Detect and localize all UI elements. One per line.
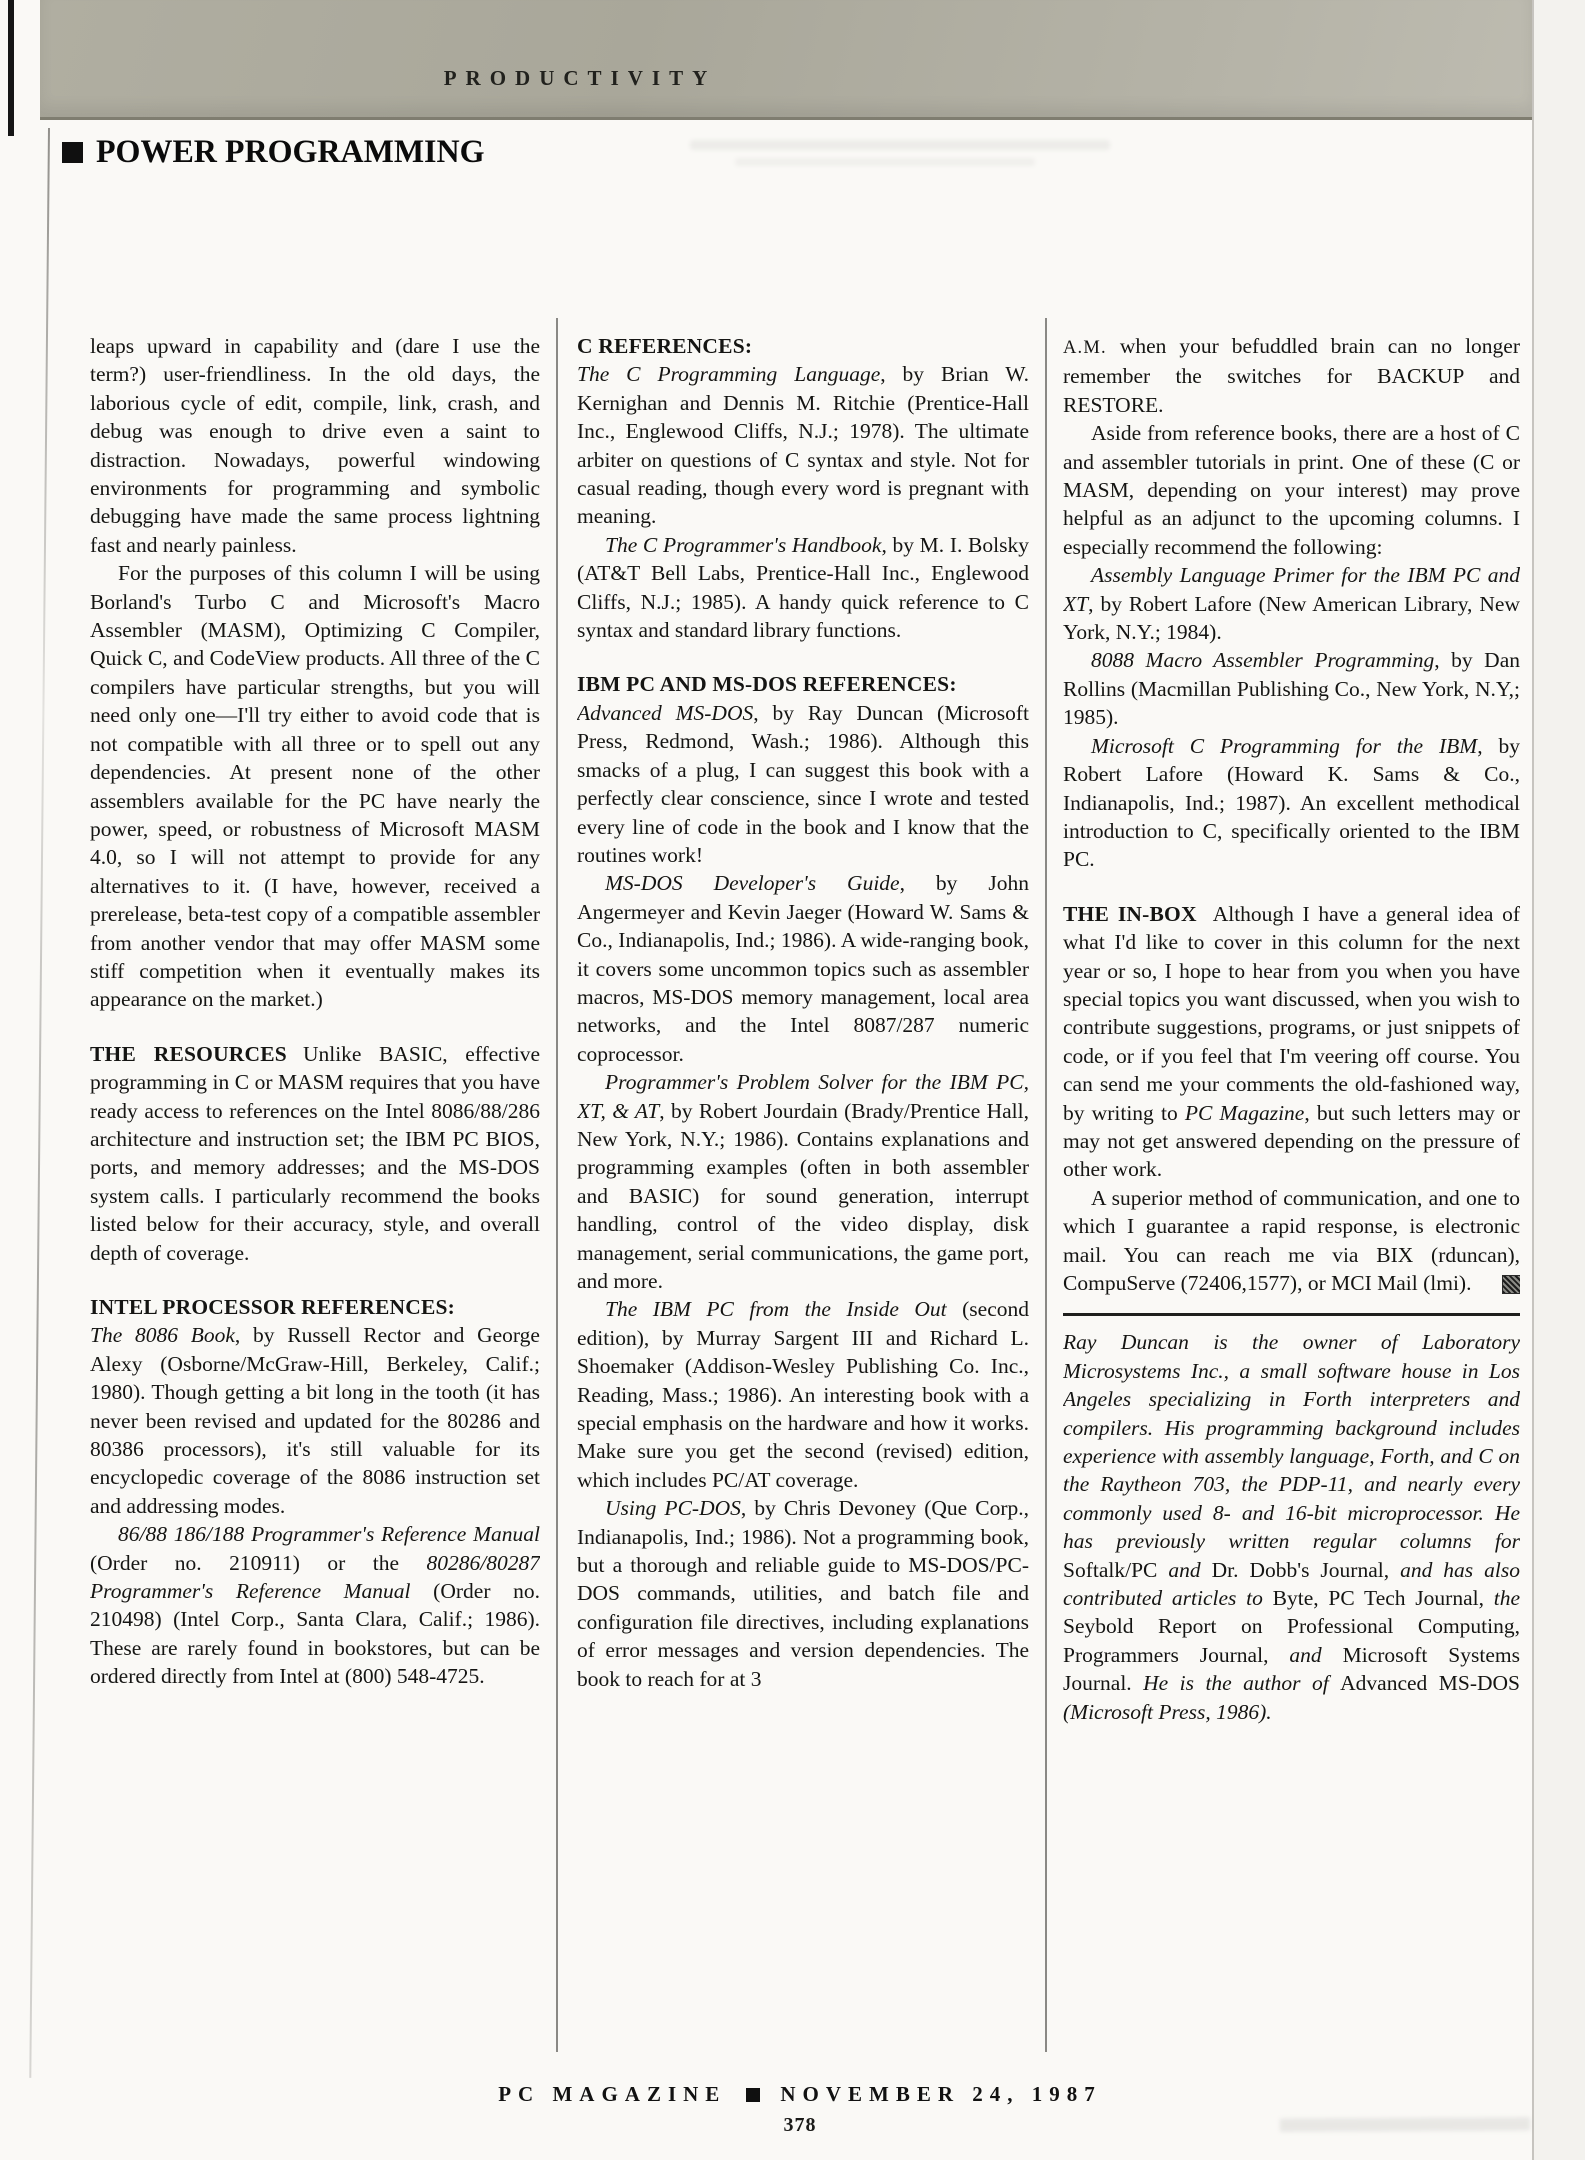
text-segment: THE IN-BOX [1063, 902, 1197, 926]
text-segment: Although I have a general idea of what I… [1063, 902, 1520, 1125]
text-segment: 8088 Macro Assembler Programming [1091, 648, 1434, 672]
section-kicker: PRODUCTIVITY [340, 66, 820, 91]
text-segment: , by John Angermeyer and Kevin Jaeger (H… [577, 871, 1029, 1065]
text-paragraph: A.M. when your befuddled brain can no lo… [1063, 332, 1520, 419]
text-segment: Dr. Dobb's Journal, [1212, 1558, 1390, 1582]
text-segment: A superior method of communication, and … [1063, 1186, 1520, 1295]
text-segment: , by Russell Rector and George Alexy (Os… [90, 1323, 540, 1517]
text-segment: when your befuddled brain can no longer … [1063, 334, 1520, 417]
text-paragraph: 86/88 186/188 Programmer's Reference Man… [90, 1520, 540, 1690]
left-margin-rule [29, 128, 50, 2078]
text-paragraph: The 8086 Book, by Russell Rector and Geo… [90, 1321, 540, 1520]
page-number: 378 [82, 2114, 1518, 2137]
text-segment: PC Magazine [1185, 1101, 1304, 1125]
text-segment: , by Robert Jourdain (Brady/Prentice Hal… [577, 1099, 1029, 1293]
text-segment: The C Programming Language [577, 362, 880, 386]
text-segment: Using PC-DOS [605, 1496, 741, 1520]
scan-bleed-artifact [690, 140, 1110, 150]
page-right-edge-rule [1532, 0, 1534, 2160]
text-segment: leaps upward in capability and (dare I u… [90, 334, 540, 557]
column-divider-rule [1045, 318, 1047, 2052]
page-footer: PC MAGAZINENOVEMBER 24, 1987 [82, 2082, 1518, 2107]
bio-divider-rule [1063, 1313, 1520, 1316]
text-paragraph: leaps upward in capability and (dare I u… [90, 332, 540, 559]
column-heading: POWER PROGRAMMING [62, 136, 497, 169]
text-column-middle: C REFERENCES:The C Programming Language,… [577, 332, 1029, 2094]
text-paragraph: THE IN-BOXAlthough I have a general idea… [1063, 900, 1520, 1184]
column-divider-rule [556, 318, 558, 2052]
text-segment: and [1268, 1643, 1342, 1667]
text-segment: INTEL PROCESSOR REFERENCES: [90, 1295, 455, 1319]
text-segment: MS-DOS Developer's Guide [605, 871, 900, 895]
text-paragraph: THE RESOURCESUnlike BASIC, effective pro… [90, 1040, 540, 1267]
text-segment: , by Chris Devoney (Que Corp., Indianapo… [577, 1496, 1029, 1690]
text-paragraph: INTEL PROCESSOR REFERENCES: [90, 1293, 540, 1321]
text-segment: Microsoft C Programming for the IBM [1091, 734, 1477, 758]
black-square-bullet-icon [746, 2088, 760, 2102]
text-paragraph: Microsoft C Programming for the IBM, by … [1063, 732, 1520, 874]
text-segment: Advanced MS-DOS [577, 701, 753, 725]
text-segment: , by Robert Lafore (New American Library… [1063, 592, 1520, 644]
text-paragraph: Aside from reference books, there are a … [1063, 419, 1520, 561]
text-segment: Softalk/PC [1063, 1558, 1157, 1582]
text-segment: He is the author of [1132, 1671, 1340, 1695]
text-paragraph: The IBM PC from the Inside Out (second e… [577, 1295, 1029, 1494]
text-segment: the [1484, 1586, 1520, 1610]
text-segment: IBM PC AND MS-DOS REFERENCES: [577, 672, 957, 696]
text-segment: C REFERENCES: [577, 334, 752, 358]
text-segment: (Order no. 210911) or the [90, 1551, 427, 1575]
scan-left-edge-strip [8, 0, 14, 136]
text-paragraph: 8088 Macro Assembler Programming, by Dan… [1063, 646, 1520, 731]
text-paragraph: The C Programmer's Handbook, by M. I. Bo… [577, 531, 1029, 645]
black-square-bullet-icon [62, 142, 83, 163]
text-paragraph: Programmer's Problem Solver for the IBM … [577, 1068, 1029, 1295]
text-segment: and [1157, 1558, 1211, 1582]
text-column-right: A.M. when your befuddled brain can no lo… [1063, 332, 1520, 2094]
scan-right-margin [1534, 0, 1585, 2160]
text-segment: THE RESOURCES [90, 1042, 287, 1066]
text-paragraph: Ray Duncan is the owner of Laboratory Mi… [1063, 1328, 1520, 1726]
text-segment: Unlike BASIC, effective programming in C… [90, 1042, 540, 1265]
text-segment: (Microsoft Press, 1986). [1063, 1700, 1272, 1724]
text-paragraph: A superior method of communication, and … [1063, 1184, 1520, 1298]
text-paragraph: The C Programming Language, by Brian W. … [577, 360, 1029, 530]
end-of-article-mark-icon [1503, 1276, 1520, 1293]
text-segment: The C Programmer's Handbook [605, 533, 881, 557]
text-paragraph: For the purposes of this column I will b… [90, 559, 540, 1014]
text-segment: Ray Duncan is the owner of Laboratory Mi… [1063, 1330, 1520, 1553]
magazine-page-scan: { "band": { "label": "PRODUCTIVITY" }, "… [0, 0, 1585, 2160]
text-segment: Aside from reference books, there are a … [1063, 421, 1520, 559]
footer-magazine-name: PC MAGAZINE [498, 2082, 726, 2106]
text-paragraph: IBM PC AND MS-DOS REFERENCES: [577, 670, 1029, 698]
text-segment: The 8086 Book [90, 1323, 235, 1347]
text-segment: , by Ray Duncan (Microsoft Press, Redmon… [577, 701, 1029, 867]
scan-bleed-artifact [735, 158, 1035, 166]
text-paragraph: C REFERENCES: [577, 332, 1029, 360]
text-paragraph: Assembly Language Primer for the IBM PC … [1063, 561, 1520, 646]
page-top-band [40, 0, 1532, 120]
text-paragraph: MS-DOS Developer's Guide, by John Angerm… [577, 869, 1029, 1068]
text-segment: 86/88 186/188 Programmer's Reference Man… [118, 1522, 540, 1546]
text-segment: For the purposes of this column I will b… [90, 561, 540, 1011]
text-paragraph: Advanced MS-DOS, by Ray Duncan (Microsof… [577, 699, 1029, 869]
text-column-left: leaps upward in capability and (dare I u… [90, 332, 540, 2094]
text-segment: The IBM PC from the Inside Out [605, 1297, 947, 1321]
text-segment: , by Brian W. Kernighan and Dennis M. Ri… [577, 362, 1029, 528]
text-segment: (second edition), by Murray Sargent III … [577, 1297, 1029, 1491]
text-segment: A.M. [1063, 338, 1107, 358]
text-segment: Byte, PC Tech Journal, [1273, 1586, 1484, 1610]
page-title: POWER PROGRAMMING [96, 136, 485, 169]
text-segment: Advanced MS-DOS [1340, 1671, 1520, 1695]
text-paragraph: Using PC-DOS, by Chris Devoney (Que Corp… [577, 1494, 1029, 1693]
footer-issue-date: NOVEMBER 24, 1987 [780, 2082, 1101, 2106]
